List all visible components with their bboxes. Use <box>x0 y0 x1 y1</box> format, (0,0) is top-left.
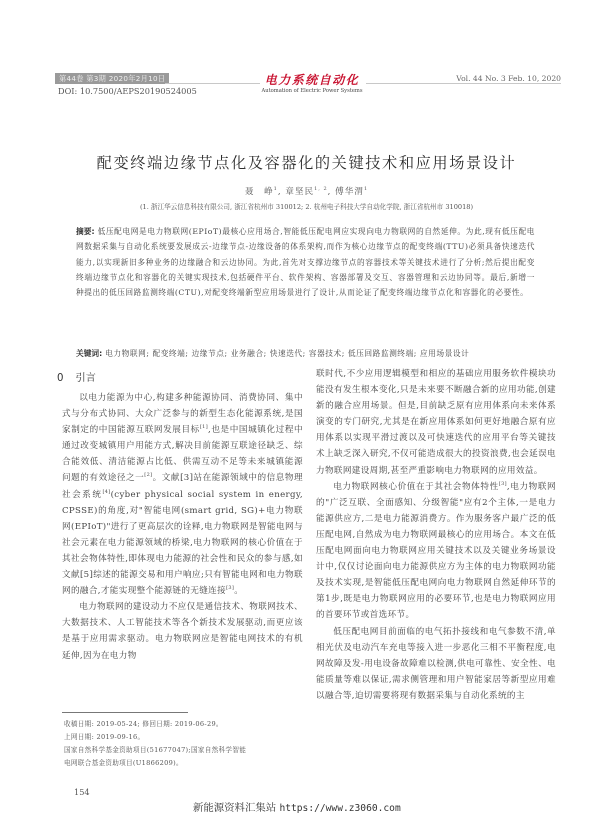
watermark: 新能源资料汇集站 https://www.z3060.com <box>193 799 401 814</box>
text-run: ,电力物联网的"广泛互联、全面感知、分级智能"应有2个主体,一是电力能源供应方,… <box>316 482 556 621</box>
author-name: 聂 峥 <box>245 187 274 197</box>
paragraph: 低压配电网目前面临的电气拓扑接线和电气参数不清,单相光伏及电动汽车充电等接入进一… <box>316 624 556 704</box>
section-title: 引言 <box>75 373 95 384</box>
volume-info: Vol. 44 No. 3 Feb. 10, 2020 <box>456 74 561 83</box>
issue-badge: 第44卷 第3期 2020年2月10日 <box>55 73 169 84</box>
author-affil-sup: 1, 2 <box>314 186 328 192</box>
journal-logo-en: Automation of Electric Power Systems <box>248 88 376 94</box>
author-list: 聂 峥1, 章坚民1, 2, 傅华渭1 <box>0 185 613 197</box>
author-name: 章坚民 <box>285 187 314 197</box>
body-column-left: 以电力能源为中心,构建多种能源协同、消费协同、集中式与分布式协同、大众广泛参与的… <box>62 390 303 664</box>
abstract: 摘要: 低压配电网是电力物联网(EPIoT)最核心应用场合,智能低压配电网应实现… <box>76 224 535 300</box>
watermark-url[interactable]: https://www.z3060.com <box>279 803 400 814</box>
paragraph: 电力物联网核心价值在于其社会物体特性[3],电力物联网的"广泛互联、全面感知、分… <box>316 479 556 624</box>
text-run: 电力物联网核心价值在于其社会物体特性 <box>333 482 499 492</box>
citation-link[interactable]: [3] <box>499 481 507 487</box>
text-run: 。 <box>234 586 243 596</box>
footnotes: 收稿日期: 2019-05-24; 修回日期: 2019-06-29。 上网日期… <box>64 718 304 770</box>
abstract-label: 摘要: <box>76 227 95 236</box>
text-run: (cyber physical social system in energy,… <box>62 490 303 597</box>
keywords-text: 电力物联网; 配变终端; 边缘节点; 业务融合; 快速迭代; 容器技术; 低压回… <box>105 349 469 358</box>
citation-link[interactable]: [4] <box>102 489 110 495</box>
paragraph: 电力物联网的建设动力不应仅是通信技术、物联网技术、大数据技术、人工智能技术等各个… <box>62 599 303 663</box>
citation-link[interactable]: [3] <box>226 585 234 591</box>
author-affil-sup: 1 <box>274 186 278 192</box>
header-rule-left <box>165 83 260 84</box>
paragraph: 以电力能源为中心,构建多种能源协同、消费协同、集中式与分布式协同、大众广泛参与的… <box>62 390 303 599</box>
abstract-text: 低压配电网是电力物联网(EPIoT)最核心应用场合,智能低压配电网应实现向电力物… <box>76 227 535 297</box>
online-date: 上网日期: 2019-09-16。 <box>64 731 304 744</box>
body-column-right: 联时代,不少应用逻辑模型和相应的基础应用服务软件模块功能没有发生根本变化,只是未… <box>316 366 556 704</box>
page-number: 154 <box>74 787 90 797</box>
funding-line: 国家自然科学基金资助项目(51677047);国家自然科学智能 <box>64 744 304 757</box>
footnote-rule <box>62 712 188 713</box>
section-heading: 0引言 <box>57 369 96 384</box>
paper-title: 配变终端边缘节点化及容器化的关键技术和应用场景设计 <box>0 152 613 173</box>
paragraph: 联时代,不少应用逻辑模型和相应的基础应用服务软件模块功能没有发生根本变化,只是未… <box>316 366 556 479</box>
journal-logo-cn: 电力系统自动化 <box>262 71 362 88</box>
funding-line: 电网联合基金资助项目(U1866209)。 <box>64 757 304 770</box>
watermark-text: 新能源资料汇集站 <box>193 802 279 814</box>
header-rule-right <box>366 83 561 84</box>
keywords: 关键词: 电力物联网; 配变终端; 边缘节点; 业务融合; 快速迭代; 容器技术… <box>76 346 535 361</box>
citation-link[interactable]: [1] <box>200 424 208 430</box>
affiliations: (1. 浙江华云信息科技有限公司, 浙江省杭州市 310012; 2. 杭州电子… <box>0 201 613 211</box>
received-date: 收稿日期: 2019-05-24; 修回日期: 2019-06-29。 <box>64 718 304 731</box>
author-name: 傅华渭 <box>335 187 364 197</box>
keywords-label: 关键词: <box>76 349 102 358</box>
doi: DOI: 10.7500/AEPS20190524005 <box>58 86 197 96</box>
section-number: 0 <box>57 373 63 384</box>
author-affil-sup: 1 <box>364 186 368 192</box>
